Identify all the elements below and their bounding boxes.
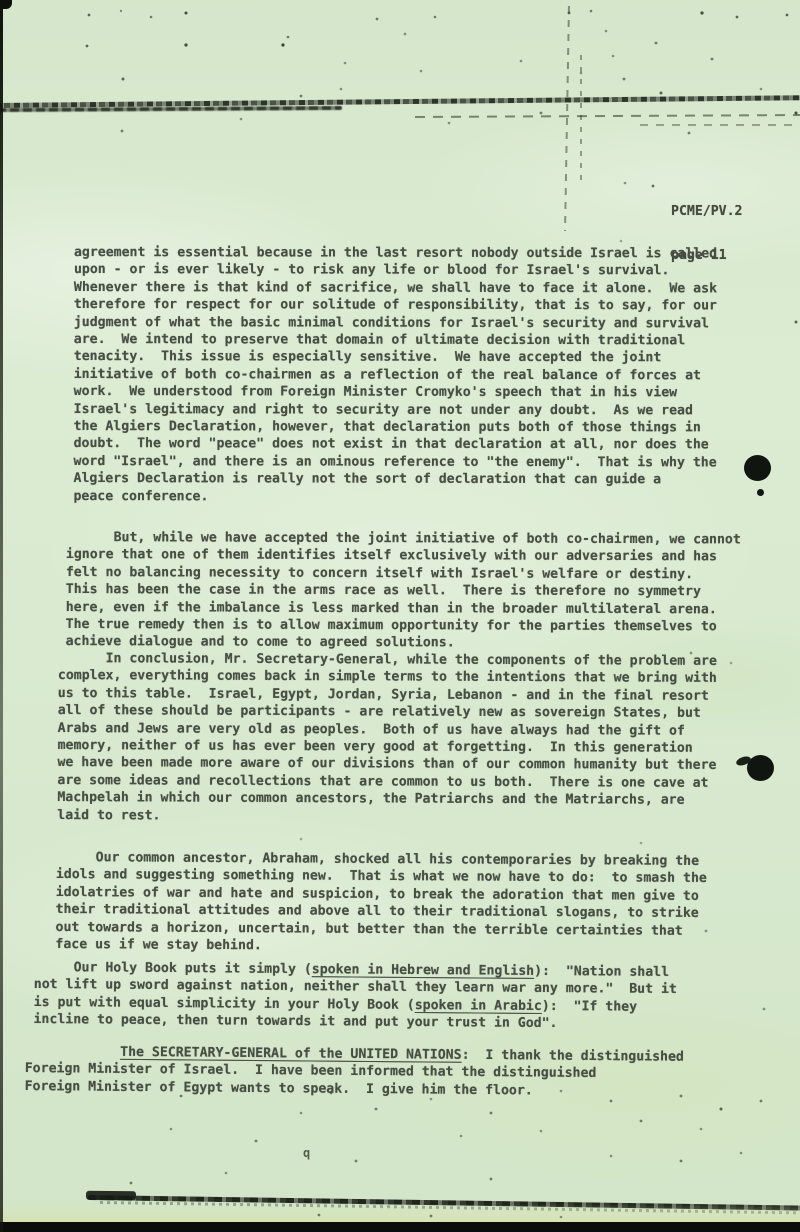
text-line: initiative of both co-chairmen as a refl… <box>74 366 717 385</box>
text-line: peace conference. <box>73 488 716 507</box>
paragraph-6: The SECRETARY-GENERAL of the UNITED NATI… <box>25 1043 684 1101</box>
paragraph-2: But, while we have accepted the joint in… <box>66 529 741 653</box>
scan-line-top-left <box>0 106 342 112</box>
text-line: This has been the case in the arms race … <box>66 581 741 601</box>
stray-mark: q <box>303 1146 310 1160</box>
text-line: Algiers Declaration is really not the so… <box>73 470 716 489</box>
text-line: ignore that one of them identifies itsel… <box>66 546 741 566</box>
vertical-streak-2 <box>580 55 582 185</box>
hole-punch-dot-bottom <box>747 755 774 781</box>
text-line: doubt. The word "peace" does not exist i… <box>74 435 717 454</box>
text-line: upon - or is ever likely - to risk any l… <box>74 261 717 280</box>
vertical-streak-1 <box>564 6 570 231</box>
text-line: agreement is essential because in the la… <box>74 244 717 263</box>
scan-line-top-faint-2 <box>640 124 800 126</box>
paragraph-5: Our Holy Book puts it simply (spoken in … <box>33 959 677 1034</box>
text-line: tenacity. This issue is especially sensi… <box>74 348 717 367</box>
text-line: laid to rest. <box>57 807 716 827</box>
text-line: the Algiers Declaration, however, that d… <box>74 418 717 437</box>
text-line: are. We intend to preserve that domain o… <box>74 331 717 350</box>
scan-line-top-faint <box>415 114 800 118</box>
scan-line-top <box>0 95 800 108</box>
text-line: Israel's legitimacy and right to securit… <box>74 401 717 420</box>
text-line: work. We understood from Foreign Ministe… <box>74 383 717 402</box>
scanned-page: PCME/PV.2 page 11 agreement is essential… <box>0 0 800 1232</box>
paragraph-4: Our common ancestor, Abraham, shocked al… <box>55 849 707 957</box>
text-line: Whenever there is that kind of sacrifice… <box>74 279 717 298</box>
paragraph-1: agreement is essential because in the la… <box>73 244 717 506</box>
bottom-tint-band <box>0 1204 800 1222</box>
ink-dot-small <box>757 489 764 496</box>
scan-line-bottom-blob <box>86 1191 136 1200</box>
text-line: word "Israel", and there is an ominous r… <box>74 453 717 472</box>
scan-edge-left <box>0 0 3 1232</box>
text-line: judgment of what the basic minimal condi… <box>74 314 717 333</box>
text-line: therefore for respect for our solitude o… <box>74 296 717 315</box>
document-reference: PCME/PV.2 <box>671 205 742 220</box>
hole-punch-dot-top <box>744 455 771 481</box>
noise-speckles-bottom <box>0 0 2 2</box>
paragraph-3: In conclusion, Mr. Secretary-General, wh… <box>57 650 717 827</box>
scan-edge-bottom-strip <box>0 1222 800 1232</box>
